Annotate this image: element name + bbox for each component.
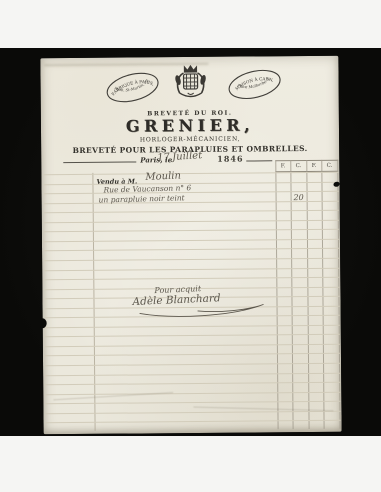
- handwritten-month: Juillet: [172, 150, 203, 163]
- ruled-line: [46, 420, 341, 424]
- ruled-line: [45, 401, 340, 405]
- date-rule-right: [246, 160, 272, 161]
- ruled-line: [44, 248, 339, 252]
- ruled-line: [44, 229, 339, 233]
- item-amount: 20: [291, 193, 307, 202]
- ruled-lines-layer: [40, 56, 338, 59]
- ruled-line: [44, 258, 339, 262]
- ruled-line: [45, 344, 340, 348]
- left-oval-stamp: FABRIQUE À PARIS, Faub. St-Martin, 72.: [102, 65, 164, 110]
- ruled-line: [43, 172, 338, 176]
- ruled-line: [45, 353, 340, 357]
- product-photo: FABRIQUE À PARIS, Faub. St-Martin, 72.: [0, 48, 381, 436]
- col-header-centimes-1: C.: [291, 161, 307, 171]
- ruled-line: [45, 382, 340, 386]
- ruled-line: [45, 410, 340, 414]
- right-oval-stamp: MAISON À CAEN, Place Malherbe, 4.: [224, 62, 286, 106]
- listing-page: FABRIQUE À PARIS, Faub. St-Martin, 72.: [0, 0, 381, 492]
- right-oval-top-text: MAISON À CAEN,: [233, 73, 276, 92]
- col-header-centimes-2: C.: [322, 161, 338, 171]
- signature-flourish: [138, 302, 268, 317]
- ruled-line: [45, 372, 340, 376]
- invoice-document: FABRIQUE À PARIS, Faub. St-Martin, 72.: [40, 56, 341, 435]
- col-header-francs-2: F.: [306, 161, 322, 171]
- svg-text:MAISON À CAEN,: MAISON À CAEN,: [233, 73, 276, 92]
- handwritten-day: 17: [157, 152, 171, 164]
- ruled-line: [45, 391, 340, 395]
- ruled-line: [44, 239, 339, 243]
- profession-line: HORLOGER-MÉCANICIEN,: [41, 135, 339, 145]
- col-header-francs-1: F.: [275, 161, 291, 171]
- royal-coat-of-arms-icon: [170, 63, 210, 108]
- merchant-name: GRENIER,: [41, 115, 339, 137]
- ruled-line: [44, 210, 339, 214]
- date-rule-left: [63, 161, 136, 163]
- customer-name: Moulin: [145, 170, 181, 183]
- svg-text:Place Malherbe, 4.: Place Malherbe, 4.: [235, 74, 273, 92]
- year: 1846: [217, 154, 243, 164]
- ruled-line: [44, 267, 339, 271]
- ruled-line: [44, 277, 339, 281]
- ruled-line: [44, 219, 339, 223]
- ruled-line: [45, 334, 340, 338]
- ruled-line: [45, 363, 340, 367]
- ink-blot: [333, 182, 339, 187]
- right-oval-bottom-text: Place Malherbe, 4.: [235, 74, 273, 92]
- ruled-line: [45, 325, 340, 329]
- item-description: un parapluie noir teint: [98, 193, 184, 204]
